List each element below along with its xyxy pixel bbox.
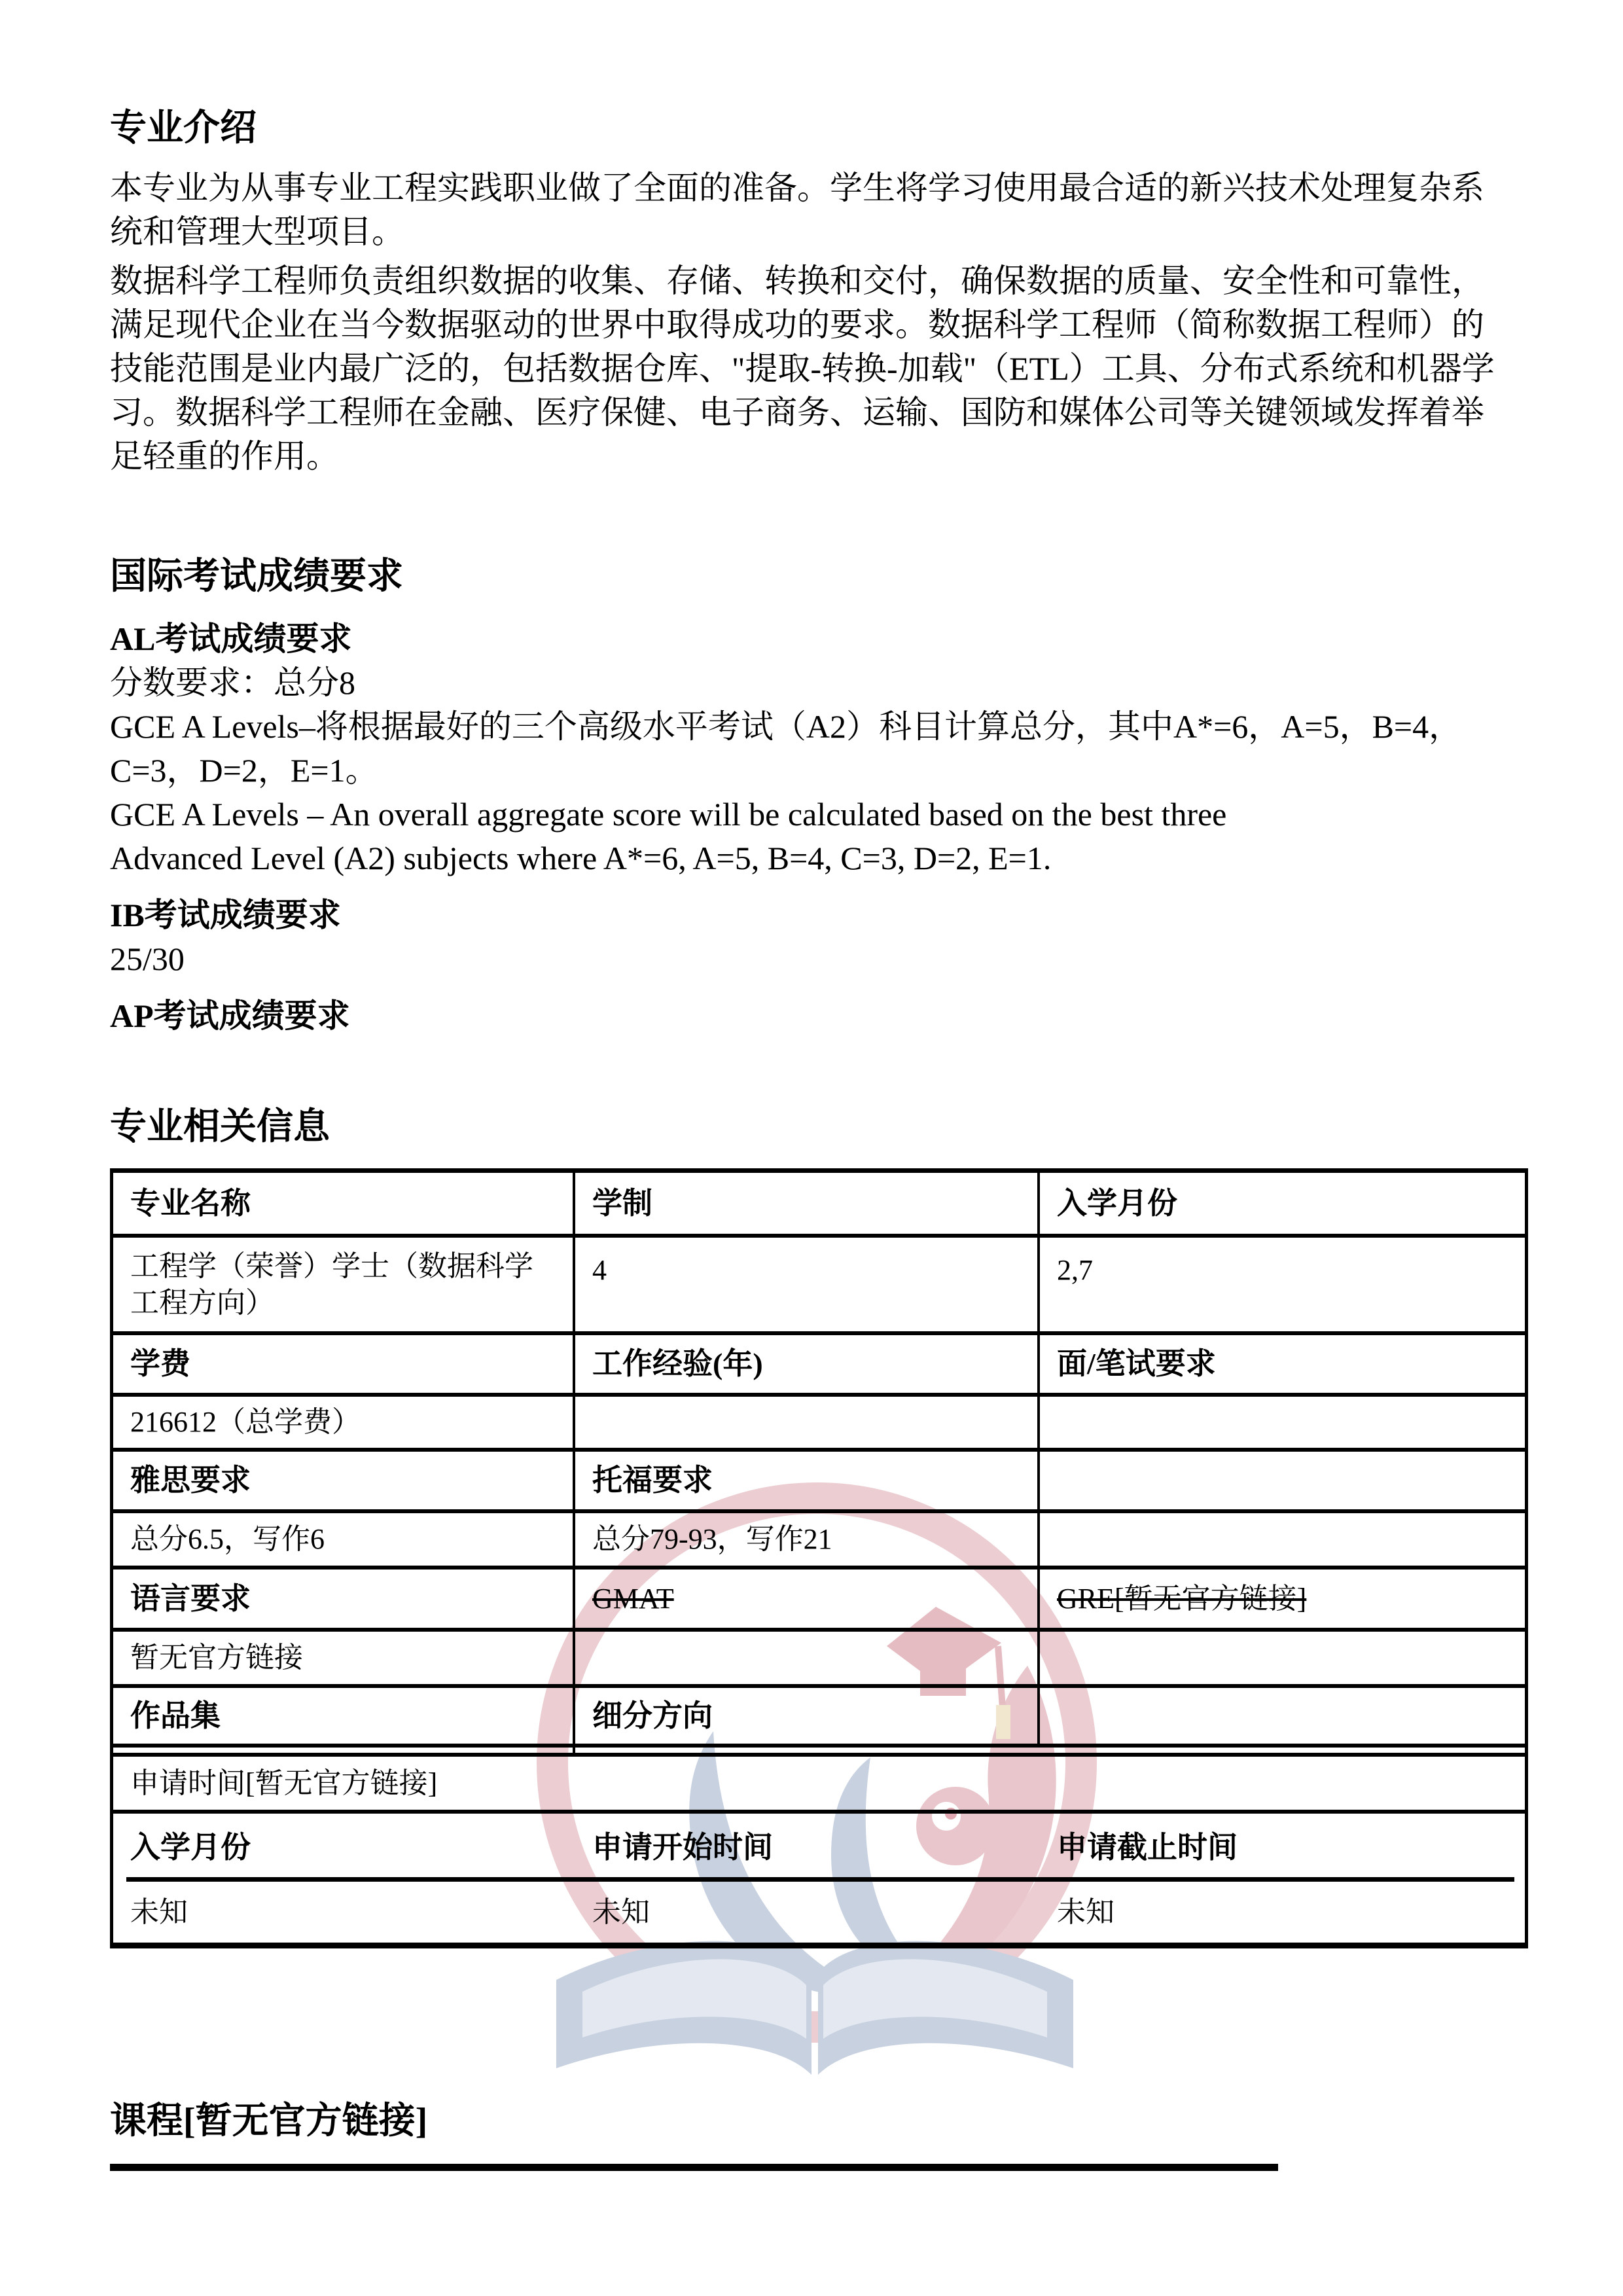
- th-intake-month: 入学月份: [1040, 1173, 1525, 1234]
- td-open-unknown: 未知: [575, 1882, 1040, 1943]
- ib-score-value: 25/30: [110, 937, 1524, 981]
- table-row: 总分6.5，写作6 总分79-93，写作21: [113, 1513, 1525, 1570]
- th-ielts: 雅思要求: [113, 1452, 575, 1509]
- ib-requirement-label: IB考试成绩要求: [110, 893, 1524, 937]
- document-page: { "page": {"width": 2480, "height": 3508…: [0, 0, 1623, 2296]
- td-gmat-strikethrough: GMAT: [592, 1581, 674, 1617]
- td-program-name: 工程学（荣誉）学士（数据科学工程方向）: [113, 1238, 575, 1331]
- table-row: 工程学（荣誉）学士（数据科学工程方向） 4 2,7: [113, 1238, 1525, 1335]
- table-row: 作品集 细分方向: [113, 1688, 1525, 1748]
- ap-requirement-label: AP考试成绩要求: [110, 994, 1524, 1038]
- th-duration: 学制: [575, 1173, 1040, 1234]
- table-row: 暂无官方链接: [113, 1632, 1525, 1688]
- th-application-open: 申请开始时间: [575, 1814, 1040, 1882]
- th-empty: [1040, 1452, 1525, 1509]
- table-row: 申请时间[暂无官方链接]: [113, 1757, 1525, 1814]
- td-application-time: 申请时间[暂无官方链接]: [113, 1757, 1525, 1810]
- courses-underline-rule: [110, 2164, 1278, 2171]
- courses-title: 课程[暂无官方链接]: [110, 2098, 1524, 2145]
- td-duration: 4: [575, 1238, 1040, 1331]
- table-row: 学费 工作经验(年) 面/笔试要求: [113, 1335, 1525, 1397]
- td-tuition: 216612（总学费）: [113, 1397, 575, 1448]
- table-row: 未知 未知 未知: [113, 1882, 1525, 1943]
- td-work-experience: [575, 1397, 1040, 1448]
- section-exam-requirements: 国际考试成绩要求 AL考试成绩要求 分数要求：总分8 GCE A Levels–…: [110, 553, 1524, 1038]
- table-row: 216612（总学费）: [113, 1397, 1525, 1452]
- program-info-table: 专业名称 学制 入学月份 工程学（荣誉）学士（数据科学工程方向） 4 2,7 学…: [110, 1168, 1528, 1948]
- td-intake-month: 2,7: [1040, 1238, 1525, 1331]
- section-intro: 专业介绍 本专业为从事专业工程实践职业做了全面的准备。学生将学习使用最合适的新兴…: [110, 105, 1524, 478]
- td-intake-unknown: 未知: [113, 1882, 575, 1943]
- td-ielts: 总分6.5，写作6: [113, 1513, 575, 1566]
- td-toefl: 总分79-93，写作21: [575, 1513, 1040, 1566]
- al-gce-en-line: GCE A Levels – An overall aggregate scor…: [110, 793, 1524, 880]
- td-deadline-unknown: 未知: [1040, 1882, 1525, 1943]
- exam-requirements-title: 国际考试成绩要求: [110, 553, 1524, 600]
- td-empty: [575, 1632, 1040, 1684]
- th-specialization: 细分方向: [575, 1688, 1040, 1744]
- th-tuition: 学费: [113, 1335, 575, 1393]
- intro-paragraph-1: 本专业为从事专业工程实践职业做了全面的准备。学生将学习使用最合适的新兴技术处理复…: [110, 166, 1524, 254]
- th-empty: [1040, 1688, 1525, 1744]
- th-toefl: 托福要求: [575, 1452, 1040, 1509]
- td-language-requirement: 暂无官方链接: [113, 1632, 575, 1684]
- th-intake-month-2: 入学月份: [113, 1814, 575, 1882]
- th-language-requirement: 语言要求: [113, 1570, 575, 1628]
- table-row: 雅思要求 托福要求: [113, 1452, 1525, 1513]
- td-empty: [113, 1748, 575, 1753]
- al-score-line: 分数要求：总分8: [110, 661, 1524, 705]
- td-empty: [1040, 1513, 1525, 1566]
- th-application-deadline: 申请截止时间: [1040, 1814, 1525, 1882]
- al-gce-cn-line: GCE A Levels–将根据最好的三个高级水平考试（A2）科目计算总分，其中…: [110, 705, 1524, 793]
- th-interview-test: 面/笔试要求: [1040, 1335, 1525, 1393]
- td-gre-strikethrough: GRE[暂无官方链接]: [1057, 1581, 1306, 1617]
- table-row: 语言要求 GMAT GRE[暂无官方链接]: [113, 1570, 1525, 1632]
- th-portfolio: 作品集: [113, 1688, 575, 1744]
- program-info-title: 专业相关信息: [110, 1103, 1528, 1151]
- intro-title: 专业介绍: [110, 105, 1524, 152]
- table-row: 专业名称 学制 入学月份: [113, 1173, 1525, 1238]
- table-row: 入学月份 申请开始时间 申请截止时间: [113, 1814, 1525, 1882]
- section-program-info: 专业相关信息: [110, 1103, 1528, 1151]
- table-spacer-row: [113, 1748, 1525, 1757]
- intro-paragraph-2: 数据科学工程师负责组织数据的收集、存储、转换和交付，确保数据的质量、安全性和可靠…: [110, 259, 1524, 478]
- td-empty: [1040, 1632, 1525, 1684]
- td-interview-test: [1040, 1397, 1525, 1448]
- section-courses: 课程[暂无官方链接]: [110, 2098, 1524, 2145]
- th-program-name: 专业名称: [113, 1173, 575, 1234]
- td-empty: [575, 1748, 1525, 1753]
- al-requirement-label: AL考试成绩要求: [110, 617, 1524, 661]
- th-work-experience: 工作经验(年): [575, 1335, 1040, 1393]
